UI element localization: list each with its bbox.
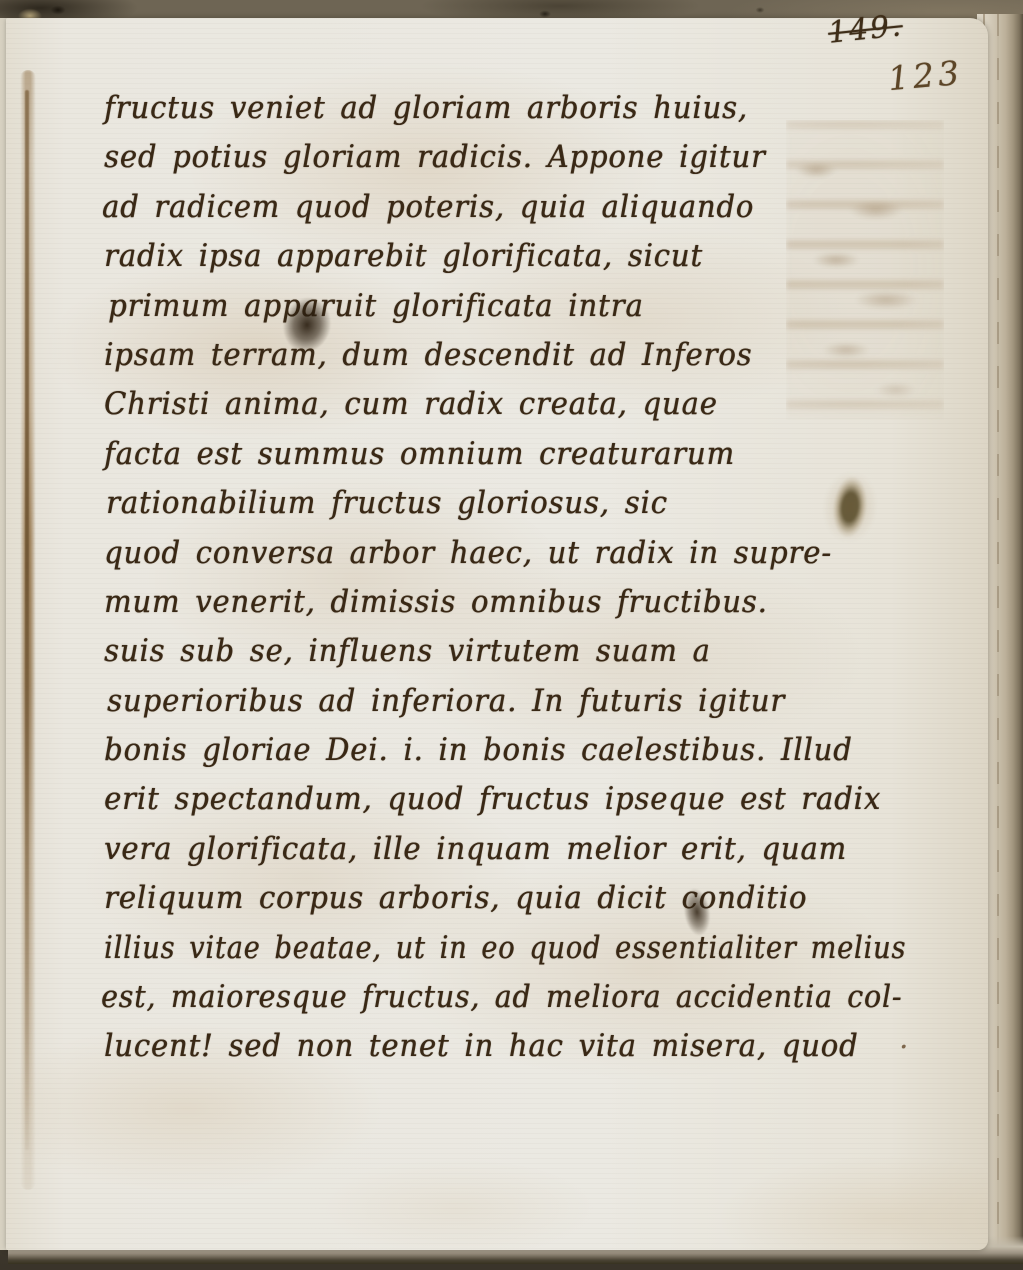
manuscript-line: erit spectandum, quod fructus ipseque es…: [104, 775, 906, 824]
manuscript-page: 149. 123 fructus veniet ad gloriam arbor…: [6, 18, 988, 1250]
manuscript-line: reliquum corpus arboris, quia dicit cond…: [104, 874, 906, 923]
manuscript-line: ipsam terram, dum descendit ad Inferos: [104, 331, 906, 380]
manuscript-line: lucent! sed non tenet in hac vita misera…: [104, 1022, 906, 1071]
folio-mark: 149.: [826, 8, 904, 51]
manuscript-line: est, maioresque fructus, ad meliora acci…: [101, 973, 888, 1022]
manuscript-line: sed potius gloriam radicis. Appone igitu…: [104, 133, 906, 182]
manuscript-line: facta est summus omnium creaturarum: [104, 430, 906, 479]
manuscript-line: superioribus ad inferiora. In futuris ig…: [107, 677, 909, 726]
manuscript-line: radix ipsa apparebit glorificata, sicut: [104, 232, 906, 281]
manuscript-line: rationabilium fructus gloriosus, sic: [106, 479, 908, 528]
manuscript-line: primum apparuit glorificata intra: [108, 282, 910, 331]
manuscript-line: quod conversa arbor haec, ut radix in su…: [104, 529, 906, 578]
trailing-dot: ·: [899, 1030, 909, 1065]
text-block: fructus veniet ad gloriam arboris huius,…: [104, 84, 964, 1072]
manuscript-line: vera glorificata, ille inquam melior eri…: [104, 825, 906, 874]
manuscript-line: bonis gloriae Dei. i. in bonis caelestib…: [104, 726, 906, 775]
manuscript-line: Christi anima, cum radix creata, quae: [104, 380, 906, 429]
manuscript-photo-scene: 149. 123 fructus veniet ad gloriam arbor…: [0, 0, 1023, 1270]
manuscript-line: fructus veniet ad gloriam arboris huius,: [104, 84, 906, 133]
gutter-crease-core: [25, 90, 29, 1150]
manuscript-line: illius vitae beatae, ut in eo quod essen…: [104, 924, 856, 973]
manuscript-line: mum venerit, dimissis omnibus fructibus.: [104, 578, 906, 627]
ink-stain: [830, 474, 870, 539]
manuscript-line: suis sub se, influens virtutem suam a: [104, 627, 906, 676]
manuscript-line: ad radicem quod poteris, quia aliquando: [102, 183, 904, 232]
